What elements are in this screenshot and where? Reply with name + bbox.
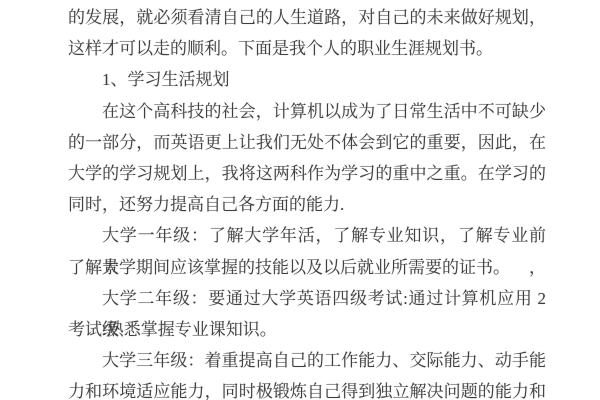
- text-block: 的发展，就必须看清自己的人生道路，对自己的未来做好规划， 这样才可以走的顺利。下…: [68, 2, 546, 400]
- text-line: 大学三年级：着重提高自己的工作能力、交际能力、动手能: [68, 345, 546, 376]
- text-line: 的发展，就必须看清自己的人生道路，对自己的未来做好规划，: [68, 2, 546, 33]
- text-line: 考试:熟悉掌握专业课知识。: [68, 314, 546, 345]
- text-line: 力和环境适应能力，同时极锻炼自己得到独立解决问题的能力和: [68, 376, 546, 400]
- text-line: 在这个高科技的社会，计算机以成为了日常生活中不可缺少: [68, 96, 546, 127]
- text-line: 了解大学期间应该掌握的技能以及以后就业所需要的证书。: [68, 252, 546, 283]
- text-line: 这样才可以走的顺利。下面是我个人的职业生涯规划书。: [68, 33, 546, 64]
- text-line: 同时，还努力提高自己各方面的能力.: [68, 189, 546, 220]
- text-line: 大学的学习规划上，我将这两科作为学习的重中之重。在学习的: [68, 158, 546, 189]
- document-page: 的发展，就必须看清自己的人生道路，对自己的未来做好规划， 这样才可以走的顺利。下…: [0, 0, 600, 400]
- section-heading: 1、学习生活规划: [68, 64, 546, 95]
- text-line: 大学一年级：了解大学年活，了解专业知识，了解专业前景，: [68, 220, 546, 251]
- text-line: 大学二年级：要通过大学英语四级考试:通过计算机应用 2 级: [68, 283, 546, 314]
- text-line: 的一部分，而英语更上让我们无处不体会到它的重要，因此，在: [68, 127, 546, 158]
